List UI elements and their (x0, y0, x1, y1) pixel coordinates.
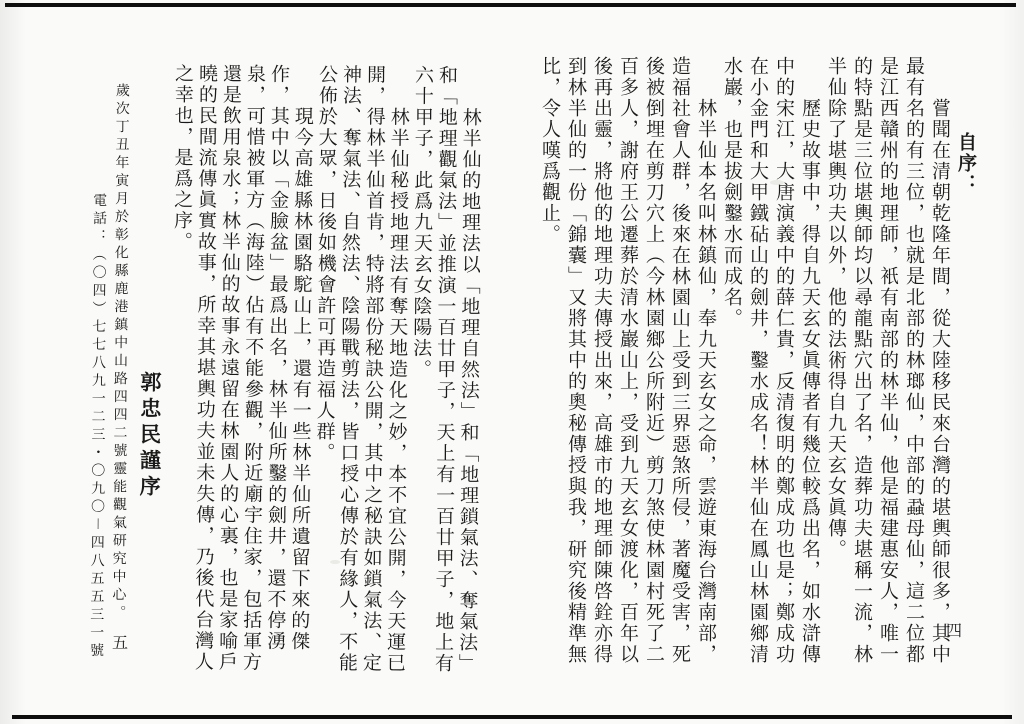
paragraph: 嘗聞在清朝乾隆年間，從大陸移民來台灣的堪輿師很多，其中最有名的有三位，也就是北部… (822, 56, 952, 672)
author-signature: 郭忠民謹序 (136, 63, 164, 679)
scanned-book-spread: 自序： 嘗聞在清朝乾隆年間，從大陸移民來台灣的堪輿師很多，其中最有名的有三位，也… (0, 0, 1024, 724)
page-right: 自序： 嘗聞在清朝乾隆年間，從大陸移民來台灣的堪輿師很多，其中最有名的有三位，也… (536, 56, 978, 672)
paragraph: 林半仙本名叫林鎮仙，奉九天玄女之命，雲遊東海台灣南部，造福社會人群，後來在林園山… (536, 56, 718, 672)
page-left: 林半仙的地理法以「地理自然法」和「地理鎖氣法、奪氣法」和「地理觀氣法」並推演一百… (84, 63, 482, 682)
colophon-phone: 電話：（〇四）七七八九一二三・〇九〇－四八五五三一號 (84, 63, 110, 679)
colophon-address: 歲次丁丑年寅月於彰化縣鹿港鎮中山路四四二號靈能觀氣研究中心。 (106, 63, 132, 679)
paragraph: 現今高雄縣林園駱駝山上，還有一些林半仙所遺留下來的傑作，其中以「金臉盆」最爲出名… (166, 63, 314, 680)
paragraph: 林半仙秘授地理法有奪天地造化之妙，本不宜公開，今天運已開，得林半仙首肯，特將部份… (310, 64, 410, 681)
bottom-border-line (12, 715, 1012, 719)
top-border-line (5, 3, 1016, 7)
paragraph: 歷史故事中，得自九天玄女眞傳者有幾位較爲出名，如水滸傳中的宋江，大唐演義中的薛仁… (718, 56, 822, 672)
preface-title: 自序： (952, 56, 978, 672)
page-number-right: 四 (946, 618, 962, 641)
page-number-left: 五 (112, 630, 128, 653)
paragraph: 林半仙的地理法以「地理自然法」和「地理鎖氣法、奪氣法」和「地理觀氣法」並推演一百… (406, 65, 482, 681)
